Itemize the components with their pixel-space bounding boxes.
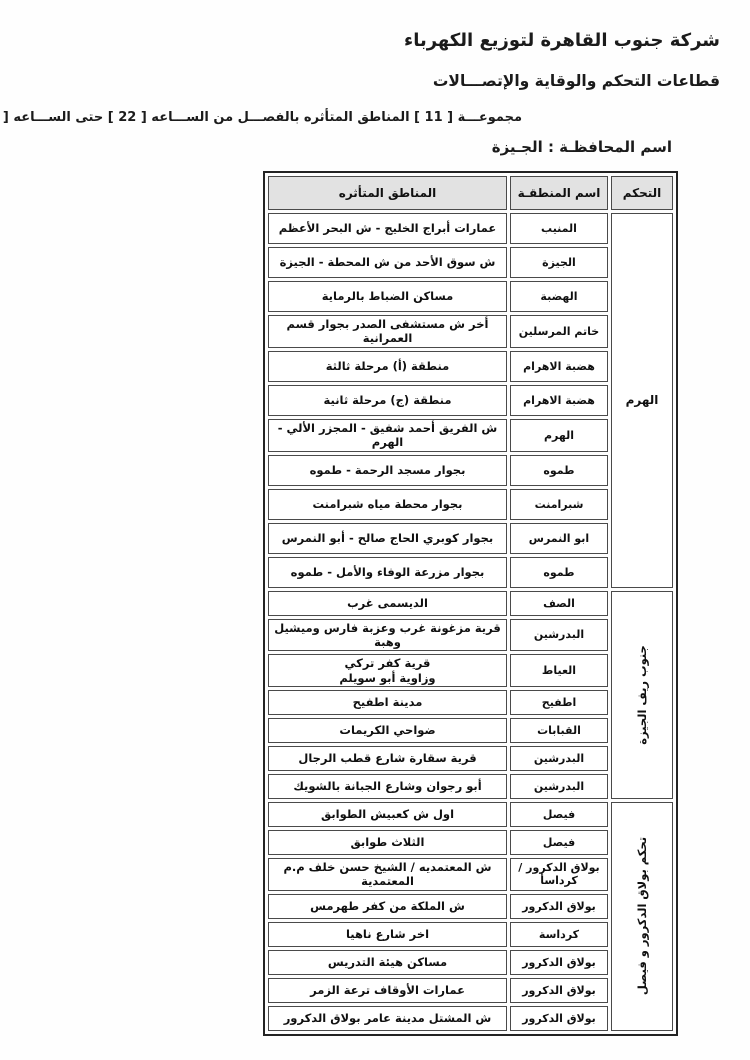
area-name-cell: هضبة الاهرام bbox=[510, 385, 608, 416]
outage-table-wrapper: التحكم اسم المنطقـة المناطق المتأثره اله… bbox=[263, 171, 678, 1036]
area-name-cell: المنيب bbox=[510, 213, 608, 244]
outage-table: التحكم اسم المنطقـة المناطق المتأثره اله… bbox=[263, 171, 678, 1036]
affected-areas-cell: منطقة (ج) مرحلة ثانية bbox=[268, 385, 507, 416]
area-name-column-header: اسم المنطقـة bbox=[510, 176, 608, 210]
area-name-cell: طموه bbox=[510, 557, 608, 588]
affected-areas-cell: منطقة (أ) مرحلة ثالثة bbox=[268, 351, 507, 382]
affected-areas-column-header: المناطق المتأثره bbox=[268, 176, 507, 210]
company-title: شركة جنوب القاهرة لتوزيع الكهرباء bbox=[404, 30, 720, 51]
area-name-cell: بولاق الدكرور bbox=[510, 894, 608, 919]
affected-areas-cell: قرية كفر تركي وزاوية أبو سويلم bbox=[268, 654, 507, 687]
scanned-document-page: شركة جنوب القاهرة لتوزيع الكهرباء قطاعات… bbox=[0, 0, 750, 1060]
area-name-cell: هضبة الاهرام bbox=[510, 351, 608, 382]
affected-areas-cell: الثلاث طوابق bbox=[268, 830, 507, 855]
control-group-label: جنوب ريف الجيزة bbox=[635, 645, 649, 745]
affected-areas-cell: مساكن هيئة التدريس bbox=[268, 950, 507, 975]
area-name-cell: الجيزة bbox=[510, 247, 608, 278]
area-name-cell: فيصل bbox=[510, 802, 608, 827]
area-name-cell: ابو النمرس bbox=[510, 523, 608, 554]
affected-areas-cell: قرية سقارة شارع قطب الرجال bbox=[268, 746, 507, 771]
affected-areas-cell: اخر شارع ناهيا bbox=[268, 922, 507, 947]
affected-areas-cell: أخر ش مستشفى الصدر بجوار قسم العمرانية bbox=[268, 315, 507, 348]
outage-table-body: الهرمالمنيبعمارات أبراج الخليج - ش البحر… bbox=[268, 213, 673, 1031]
affected-areas-cell: بجوار محطة مياه شبرامنت bbox=[268, 489, 507, 520]
table-row: تحكم بولاق الدكرور و فيصلفيصلاول ش كعبيش… bbox=[268, 802, 673, 827]
affected-areas-cell: أبو رجوان وشارع الجبانة بالشويك bbox=[268, 774, 507, 799]
area-name-cell: البدرشين bbox=[510, 746, 608, 771]
affected-areas-cell: عمارات أبراج الخليج - ش البحر الأعظم bbox=[268, 213, 507, 244]
affected-areas-cell: ش الملكة من كفر طهرمس bbox=[268, 894, 507, 919]
area-name-cell: الهرم bbox=[510, 419, 608, 452]
control-group-cell: تحكم بولاق الدكرور و فيصل bbox=[611, 802, 673, 1031]
area-name-cell: اطفيح bbox=[510, 690, 608, 715]
area-name-cell: شبرامنت bbox=[510, 489, 608, 520]
header-row: التحكم اسم المنطقـة المناطق المتأثره bbox=[268, 176, 673, 210]
affected-areas-cell: ش المعتمديه / الشيخ حسن خلف م.م المعتمدي… bbox=[268, 858, 507, 891]
affected-areas-cell: الديسمى غرب bbox=[268, 591, 507, 616]
area-name-cell: كرداسة bbox=[510, 922, 608, 947]
affected-areas-cell: مساكن الضباط بالرماية bbox=[268, 281, 507, 312]
area-name-cell: بولاق الدكرور bbox=[510, 978, 608, 1003]
affected-areas-cell: ش المشتل مدينة عامر بولاق الدكرور bbox=[268, 1006, 507, 1031]
governorate-line: اسم المحافظـة : الجـيزة bbox=[492, 138, 672, 156]
area-name-cell: بولاق الدكرور bbox=[510, 950, 608, 975]
affected-areas-cell: عمارات الأوقاف ترعة الزمر bbox=[268, 978, 507, 1003]
area-name-cell: بولاق الدكرور / كرداسأ bbox=[510, 858, 608, 891]
control-group-cell: الهرم bbox=[611, 213, 673, 588]
area-name-cell: الصف bbox=[510, 591, 608, 616]
control-group-label: تحكم بولاق الدكرور و فيصل bbox=[635, 837, 649, 995]
area-name-cell: فيصل bbox=[510, 830, 608, 855]
control-group-label: الهرم bbox=[626, 393, 659, 407]
department-subtitle: قطاعات التحكم والوقاية والإتصـــالات bbox=[433, 72, 720, 90]
table-row: الهرمالمنيبعمارات أبراج الخليج - ش البحر… bbox=[268, 213, 673, 244]
area-name-cell: الهضبة bbox=[510, 281, 608, 312]
affected-areas-cell: بجوار مسجد الرحمة - طموه bbox=[268, 455, 507, 486]
affected-areas-cell: مدينة اطفيح bbox=[268, 690, 507, 715]
area-name-cell: البدرشين bbox=[510, 619, 608, 652]
affected-areas-cell: اول ش كعبيش الطوابق bbox=[268, 802, 507, 827]
group-schedule-line: مجموعـــة [ 11 ] المناطق المتأثره بالفصـ… bbox=[0, 110, 522, 125]
outage-table-header: التحكم اسم المنطقـة المناطق المتأثره bbox=[268, 176, 673, 210]
control-group-cell: جنوب ريف الجيزة bbox=[611, 591, 673, 800]
area-name-cell: خاتم المرسلين bbox=[510, 315, 608, 348]
affected-areas-cell: ضواحي الكريمات bbox=[268, 718, 507, 743]
area-name-cell: بولاق الدكرور bbox=[510, 1006, 608, 1031]
affected-areas-cell: ش الفريق أحمد شفيق - المجزر الألي - الهر… bbox=[268, 419, 507, 452]
area-name-cell: القبابات bbox=[510, 718, 608, 743]
area-name-cell: العياط bbox=[510, 654, 608, 687]
area-name-cell: البدرشين bbox=[510, 774, 608, 799]
affected-areas-cell: قرية مزغونة غرب وعزبة فارس وميشيل وهبة bbox=[268, 619, 507, 652]
table-row: جنوب ريف الجيزةالصفالديسمى غرب bbox=[268, 591, 673, 616]
affected-areas-cell: بجوار كوبري الحاج صالح - أبو النمرس bbox=[268, 523, 507, 554]
area-name-cell: طموه bbox=[510, 455, 608, 486]
control-column-header: التحكم bbox=[611, 176, 673, 210]
affected-areas-cell: ش سوق الأحد من ش المحطة - الجيزة bbox=[268, 247, 507, 278]
affected-areas-cell: بجوار مزرعة الوفاء والأمل - طموه bbox=[268, 557, 507, 588]
